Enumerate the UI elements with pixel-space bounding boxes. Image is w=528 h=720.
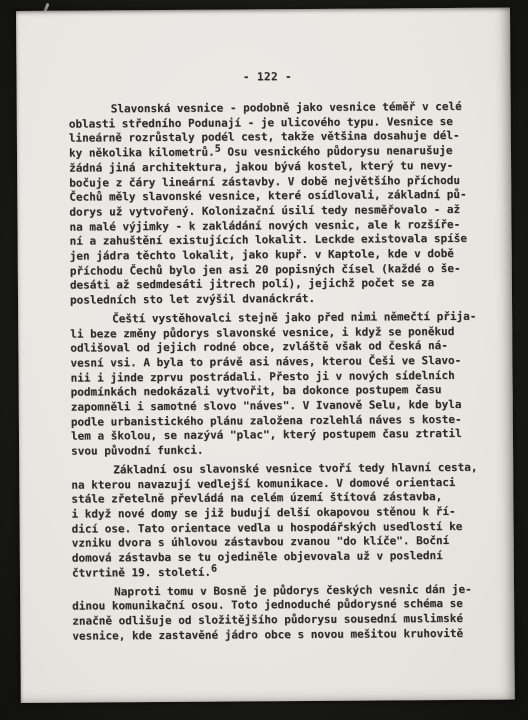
text-line: lem a školou, se nazývá "plac", který po… — [71, 427, 479, 445]
scanner-background: - 122 - Slavonská vesnice - podobně jako… — [0, 0, 528, 720]
paragraph: Základní osu slavonské vesnice tvoří ted… — [71, 461, 480, 581]
paragraph: Naproti tomu v Bosně je půdorys českých … — [72, 582, 480, 644]
text-line: svou původní funkci. — [71, 442, 479, 460]
footnote-marker: 6 — [211, 563, 217, 574]
text-line: čtvrtině 19. století.6 — [72, 564, 480, 582]
footnote-marker: 5 — [215, 144, 221, 155]
page-number: - 122 - — [68, 68, 466, 86]
text-line: vesnice, kde zastavěné jádro obce s novo… — [72, 626, 480, 644]
page-body: Slavonská vesnice - podobně jako vesnice… — [69, 100, 481, 648]
text-line: desáti až sedmdesáti jitrech polí), jeji… — [70, 276, 478, 294]
text-line: posledních sto let zvýšil dvanáckrát. — [70, 291, 478, 309]
paragraph: Slavonská vesnice - podobně jako vesnice… — [69, 100, 478, 309]
paragraph: Čeští vystěhovalci stejně jako před nimi… — [70, 310, 479, 460]
text-line: domová zástavba se tu ojediněle objevova… — [72, 549, 480, 567]
document-page: - 122 - Slavonská vesnice - podobně jako… — [16, 8, 515, 703]
